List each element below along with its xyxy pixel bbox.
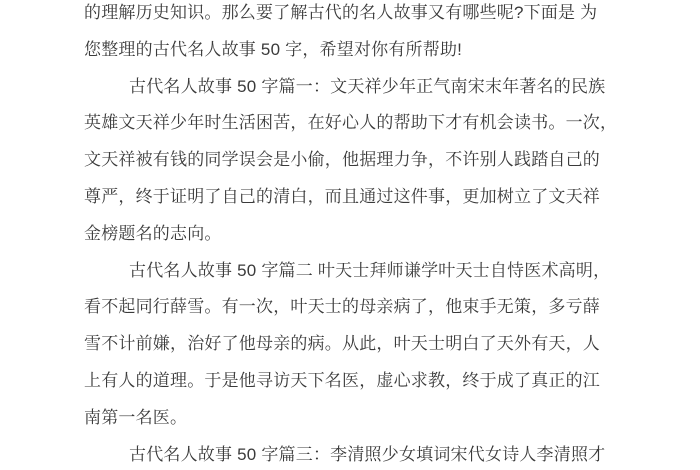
text-line: 看不起同行薛雪。有一次，叶天士的母亲病了，他束手无策，多亏薛 (84, 289, 602, 326)
text-line: 您整理的古代名人故事 50 字，希望对你有所帮助! (84, 32, 602, 69)
document-page: 的理解历史知识。那么要了解古代的名人故事又有哪些呢?下面是 为您整理的古代名人故… (0, 0, 700, 470)
text-line: 雪不计前嫌，治好了他母亲的病。从此，叶天士明白了天外有天，人 (84, 326, 602, 363)
text-line: 古代名人故事 50 字篇三：李清照少女填词宋代女诗人李清照才 (84, 437, 602, 470)
text-line: 南第一名医。 (84, 400, 602, 437)
text-line: 文天祥被有钱的同学误会是小偷，他据理力争，不许别人践踏自己的 (84, 142, 602, 179)
text-line: 英雄文天祥少年时生活困苦，在好心人的帮助下才有机会读书。一次， (84, 105, 602, 142)
text-line: 金榜题名的志向。 (84, 216, 602, 253)
text-line: 上有人的道理。于是他寻访天下名医，虚心求教，终于成了真正的江 (84, 363, 602, 400)
document-text: 的理解历史知识。那么要了解古代的名人故事又有哪些呢?下面是 为您整理的古代名人故… (84, 0, 602, 470)
text-line: 古代名人故事 50 字篇一：文天祥少年正气南宋末年著名的民族 (84, 69, 602, 106)
text-line: 尊严，终于证明了自己的清白，而且通过这件事，更加树立了文天祥 (84, 179, 602, 216)
text-line: 的理解历史知识。那么要了解古代的名人故事又有哪些呢?下面是 为 (84, 0, 602, 32)
text-line: 古代名人故事 50 字篇二 叶天士拜师谦学叶天士自恃医术高明， (84, 253, 602, 290)
